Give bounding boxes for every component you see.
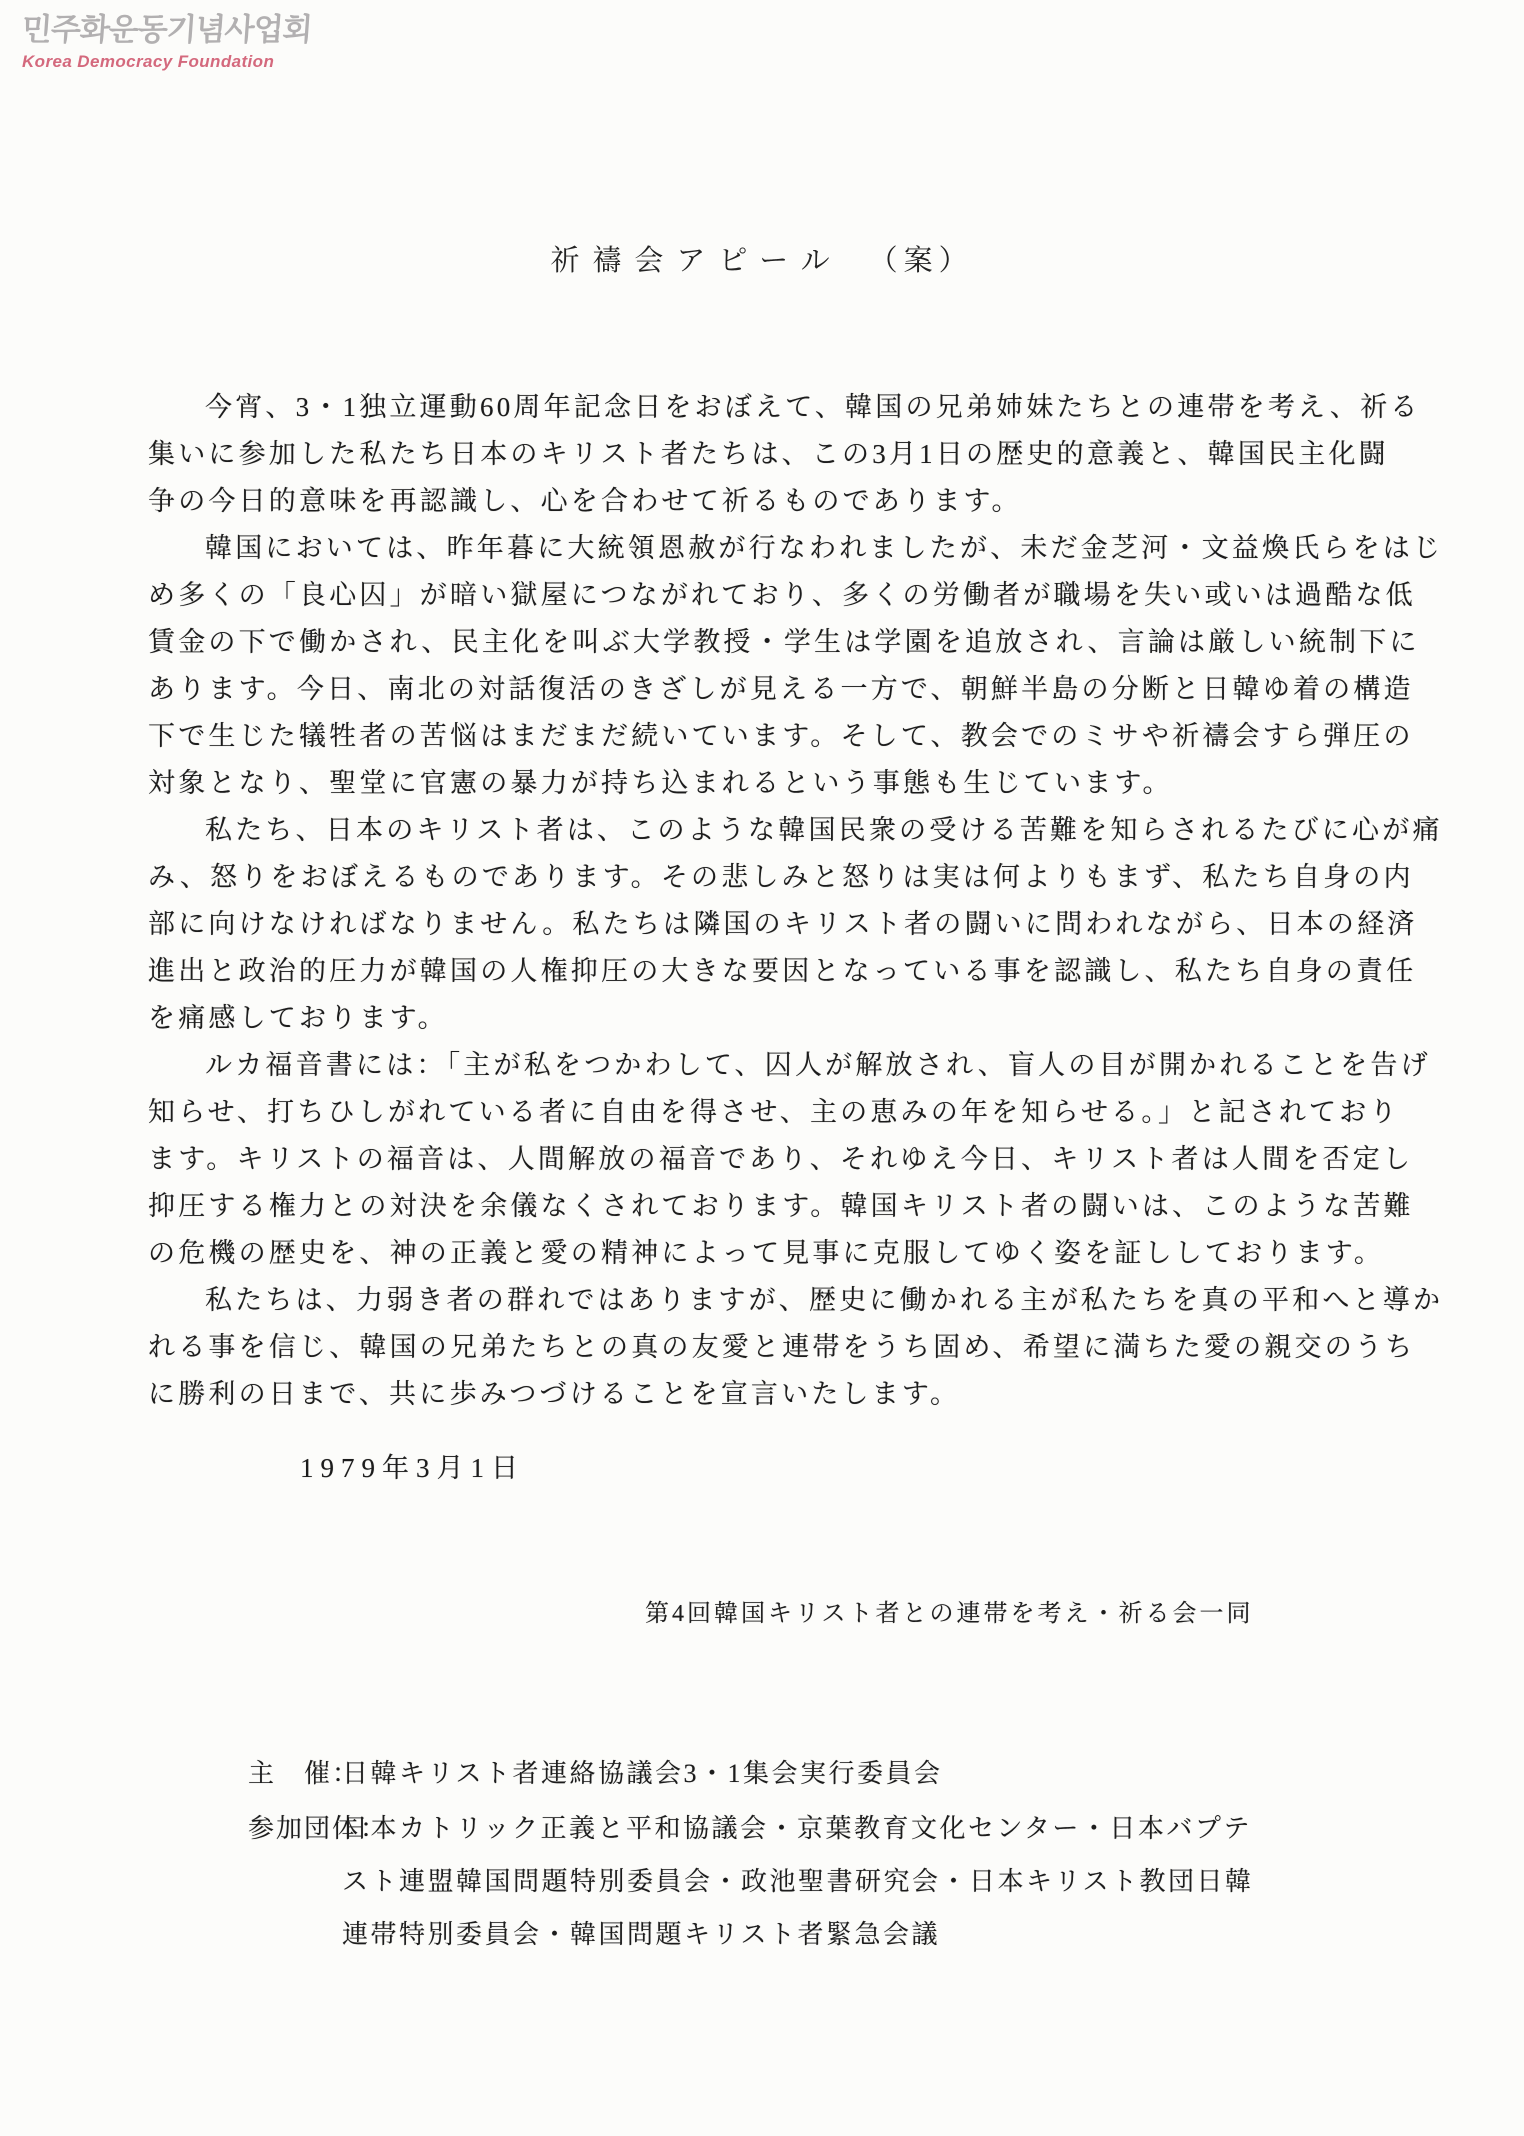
paragraph-4: ルカ福音書には：「主が私をつかわして、囚人が解放され、盲人の目が開かれることを告… bbox=[148, 1042, 1410, 1277]
paragraph-3: 私たち、日本のキリスト者は、このような韓国民衆の受ける苦難を知らされるたびに心が… bbox=[148, 807, 1410, 1042]
logo-english-name: Korea Democracy Foundation bbox=[22, 52, 311, 72]
paragraph-1: 今宵、3・1独立運動60周年記念日をおぼえて、韓国の兄弟姉妹たちとの連帯を考え、… bbox=[148, 384, 1410, 525]
body-line: 部に向けなければなりません。私たちは隣国のキリスト者の闘いに問われながら、日本の… bbox=[148, 901, 1410, 948]
logo-korean-calligraphy: 민주화운동기념사업회 bbox=[21, 10, 313, 50]
document-body: 今宵、3・1独立運動60周年記念日をおぼえて、韓国の兄弟姉妹たちとの連帯を考え、… bbox=[148, 384, 1410, 1418]
paragraph-5: 私たちは、力弱き者の群れではありますが、歴史に働かれる主が私たちを真の平和へと導… bbox=[148, 1277, 1410, 1418]
body-line: あります。今日、南北の対話復活のきざしが見える一方で、朝鮮半島の分断と日韓ゆ着の… bbox=[148, 666, 1410, 713]
body-line: を痛感しております。 bbox=[148, 995, 1410, 1042]
paragraph-2: 韓国においては、昨年暮に大統領恩赦が行なわれましたが、未だ金芝河・文益煥氏らをは… bbox=[148, 525, 1410, 807]
body-line: 賃金の下で働かされ、民主化を叫ぶ大学教授・学生は学園を追放され、言論は厳しい統制… bbox=[148, 619, 1410, 666]
organizer-value: 日韓キリスト者連絡協議会3・1集会実行委員会 bbox=[342, 1753, 942, 1790]
participant-line: 日本カトリック正義と平和協議会・京葉教育文化センター・日本バプテ bbox=[342, 1808, 1252, 1845]
body-line: 進出と政治的圧力が韓国の人権抑圧の大きな要因となっている事を認識し、私たち自身の… bbox=[148, 948, 1410, 995]
signature-line: 第4回韓国キリスト者との連帯を考え・祈る会一同 bbox=[645, 1593, 1254, 1628]
body-line: 対象となり、聖堂に官憲の暴力が持ち込まれるという事態も生じています。 bbox=[148, 760, 1410, 807]
body-line: 下で生じた犠牲者の苦悩はまだまだ続いています。そして、教会でのミサや祈禱会すら弾… bbox=[148, 713, 1410, 760]
body-line: に勝利の日まで、共に歩みつづけることを宣言いたします。 bbox=[148, 1371, 1410, 1418]
body-line: れる事を信じ、韓国の兄弟たちとの真の友愛と連帯をうち固め、希望に満ちた愛の親交の… bbox=[148, 1324, 1410, 1371]
body-line: 知らせ、打ちひしがれている者に自由を得させ、主の恵みの年を知らせる。」と記されて… bbox=[148, 1089, 1410, 1136]
body-line: 争の今日的意味を再認識し、心を合わせて祈るものであります。 bbox=[148, 478, 1410, 525]
participant-line: 連帯特別委員会・韓国問題キリスト者緊急会議 bbox=[342, 1914, 940, 1951]
korea-democracy-foundation-logo: 민주화운동기념사업회 Korea Democracy Foundation bbox=[22, 10, 311, 72]
body-line: ます。キリストの福音は、人間解放の福音であり、それゆえ今日、キリスト者は人間を否… bbox=[148, 1136, 1410, 1183]
body-line: 私たち、日本のキリスト者は、このような韓国民衆の受ける苦難を知らされるたびに心が… bbox=[148, 807, 1410, 854]
title-draft-label: （案） bbox=[869, 238, 974, 279]
body-line: 集いに参加した私たち日本のキリスト者たちは、この3月1日の歴史的意義と、韓国民主… bbox=[148, 431, 1410, 478]
body-line: の危機の歴史を、神の正義と愛の精神によって見事に克服してゆく姿を証ししております… bbox=[148, 1230, 1410, 1277]
body-line: 抑圧する権力との対決を余儀なくされております。韓国キリスト者の闘いは、このような… bbox=[148, 1183, 1410, 1230]
document-date: 1979年3月1日 bbox=[300, 1446, 525, 1485]
participant-line: スト連盟韓国問題特別委員会・政池聖書研究会・日本キリスト教団日韓 bbox=[342, 1861, 1253, 1898]
body-line: め多くの「良心囚」が暗い獄屋につながれており、多くの労働者が職場を失い或いは過酷… bbox=[148, 572, 1410, 619]
body-line: 韓国においては、昨年暮に大統領恩赦が行なわれましたが、未だ金芝河・文益煥氏らをは… bbox=[148, 525, 1410, 572]
body-line: ルカ福音書には：「主が私をつかわして、囚人が解放され、盲人の目が開かれることを告… bbox=[148, 1042, 1410, 1089]
document-page: 민주화운동기념사업회 Korea Democracy Foundation 祈禱… bbox=[0, 0, 1524, 2136]
body-line: み、怒りをおぼえるものであります。その悲しみと怒りは実は何よりもまず、私たち自身… bbox=[148, 854, 1410, 901]
body-line: 今宵、3・1独立運動60周年記念日をおぼえて、韓国の兄弟姉妹たちとの連帯を考え、… bbox=[148, 384, 1410, 431]
body-line: 私たちは、力弱き者の群れではありますが、歴史に働かれる主が私たちを真の平和へと導… bbox=[148, 1277, 1410, 1324]
document-title-row: 祈禱会アピール （案） bbox=[0, 238, 1524, 279]
document-title: 祈禱会アピール bbox=[550, 238, 842, 279]
